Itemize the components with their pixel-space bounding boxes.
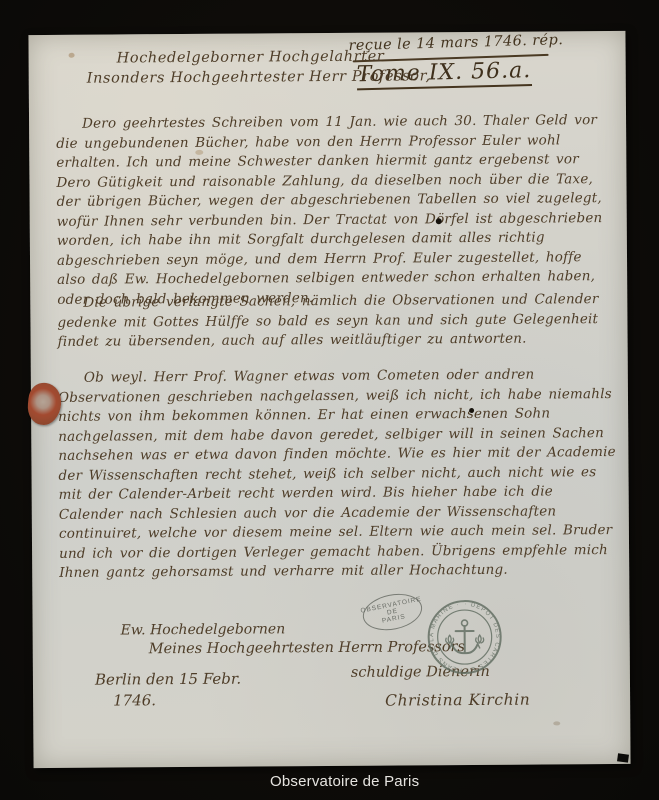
body-paragraph-1: Dero geehrtestes Schreiben vom 11 Jan. w…: [56, 111, 615, 310]
salutation-line-1: Hochedelgeborner Hochgelahrter: [117, 49, 385, 67]
closing-line-1: Ew. Hochedelgebornen: [121, 621, 286, 638]
paper-stain: [69, 53, 75, 58]
paper-stain: [553, 721, 560, 725]
paper-corner-notch: [617, 753, 629, 762]
dateline-year: 1746.: [113, 691, 156, 709]
dateline-place: Berlin den 15 Febr.: [95, 670, 241, 689]
letter-paper: reçue le 14 mars 1746. rép. Tome IX. 56.…: [28, 31, 630, 768]
ink-blot: [469, 408, 474, 413]
anchor-icon: [450, 620, 480, 653]
photo-caption: Observatoire de Paris: [270, 773, 419, 790]
photograph-of-letter: { "photo": { "caption": "Observatoire de…: [0, 0, 659, 800]
oval-stamp-line-3: PARIS: [381, 613, 406, 625]
ink-blot: [436, 218, 442, 224]
round-stamp-graphic: · DÉPÔT DES CARTES ET PLANS DE LA MARINE…: [426, 599, 503, 676]
body-paragraph-2: Die übrige verlangte Sachen, nämlich die…: [57, 290, 615, 352]
salutation-line-2: Insonders Hochgeehrtester Herr Professor…: [87, 68, 431, 86]
body-paragraph-3: Ob weyl. Herr Prof. Wagner etwas vom Com…: [58, 365, 617, 583]
observatoire-oval-stamp: OBSERVATOIRE DE PARIS: [360, 589, 426, 635]
signature-name: Christina Kirchin: [385, 691, 530, 710]
marine-depot-round-stamp: · DÉPÔT DES CARTES ET PLANS DE LA MARINE…: [426, 599, 503, 676]
closing-line-2: Meines Hochgeehrtesten Herrn Professors: [149, 639, 465, 657]
paper-stain: [195, 150, 203, 155]
